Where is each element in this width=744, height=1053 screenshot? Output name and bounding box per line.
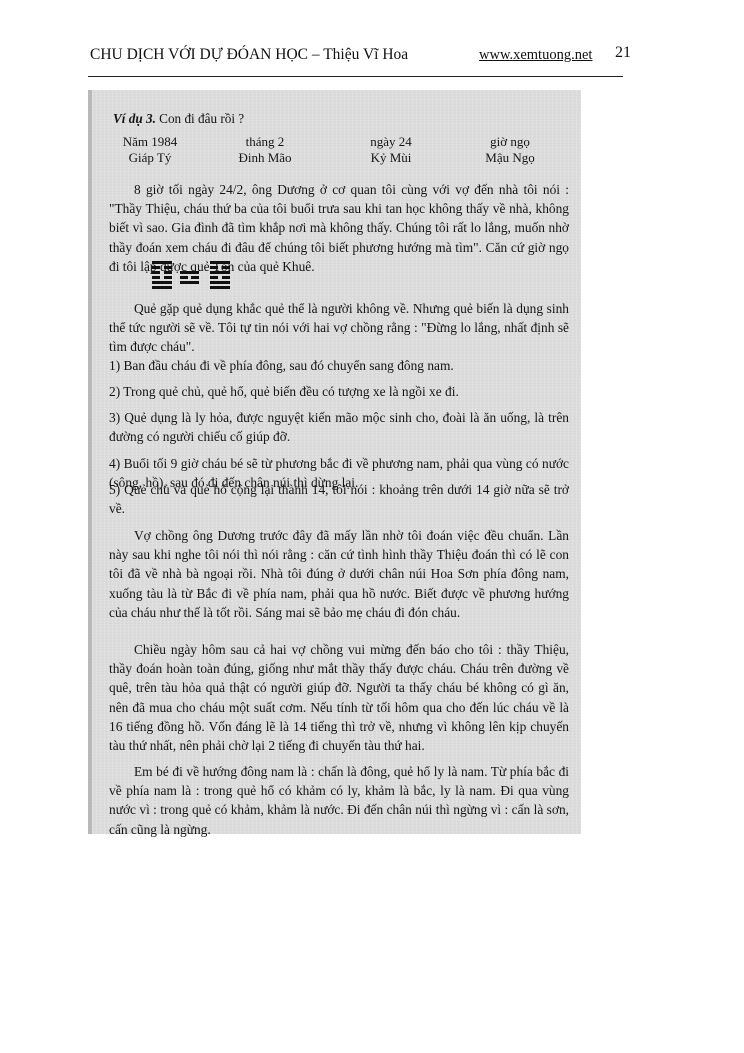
- list-item-2: 2) Trong quẻ chủ, quẻ hổ, quẻ biến đều c…: [109, 382, 569, 401]
- header-rule: [88, 76, 623, 77]
- list-item-1: 1) Ban đầu cháu đi về phía đông, sau đó …: [109, 356, 569, 375]
- date-day: ngày 24 Kỷ Mùi: [346, 134, 436, 166]
- paragraph-2: Quẻ gặp quẻ dụng khắc quẻ thể là người k…: [109, 299, 569, 357]
- scanned-page: Ví dụ 3. Con đi đâu rồi ? Năm 1984 Giáp …: [88, 90, 581, 834]
- paragraph-5: Em bé đi về hướng đông nam là : chấn là …: [109, 762, 569, 839]
- website-link[interactable]: www.xemtuong.net: [479, 47, 592, 64]
- list-item-5: 5) Quẻ chủ và quẻ hổ cộng lại thành 14, …: [109, 480, 569, 518]
- book-title: CHU DỊCH VỚI DỰ ĐÓAN HỌC – Thiệu Vĩ Hoa: [90, 46, 408, 64]
- nuclear-trigram-icon: [180, 271, 199, 286]
- date-hour: giờ ngọ Mậu Ngọ: [465, 134, 555, 166]
- example-heading: Ví dụ 3. Con đi đâu rồi ?: [113, 109, 244, 128]
- ton-hexagram-icon: [152, 261, 172, 291]
- list-item-3: 3) Quẻ dụng là ly hỏa, được nguyệt kiến …: [109, 408, 569, 446]
- date-year: Năm 1984 Giáp Tý: [105, 134, 195, 166]
- paragraph-1: 8 giờ tối ngày 24/2, ông Dương ở cơ quan…: [109, 180, 569, 276]
- date-month: tháng 2 Đinh Mão: [220, 134, 310, 166]
- page-number: 21: [615, 44, 631, 62]
- paragraph-3: Vợ chồng ông Dương trước đây đã mấy lần …: [109, 526, 569, 622]
- page-header: CHU DỊCH VỚI DỰ ĐÓAN HỌC – Thiệu Vĩ Hoa …: [90, 44, 635, 68]
- khue-hexagram-icon: [210, 261, 230, 291]
- scan-edge-shadow: [88, 90, 92, 834]
- example-label: Ví dụ 3.: [113, 111, 156, 126]
- paragraph-4: Chiều ngày hôm sau cả hai vợ chồng vui m…: [109, 640, 569, 755]
- example-question: Con đi đâu rồi ?: [159, 111, 244, 126]
